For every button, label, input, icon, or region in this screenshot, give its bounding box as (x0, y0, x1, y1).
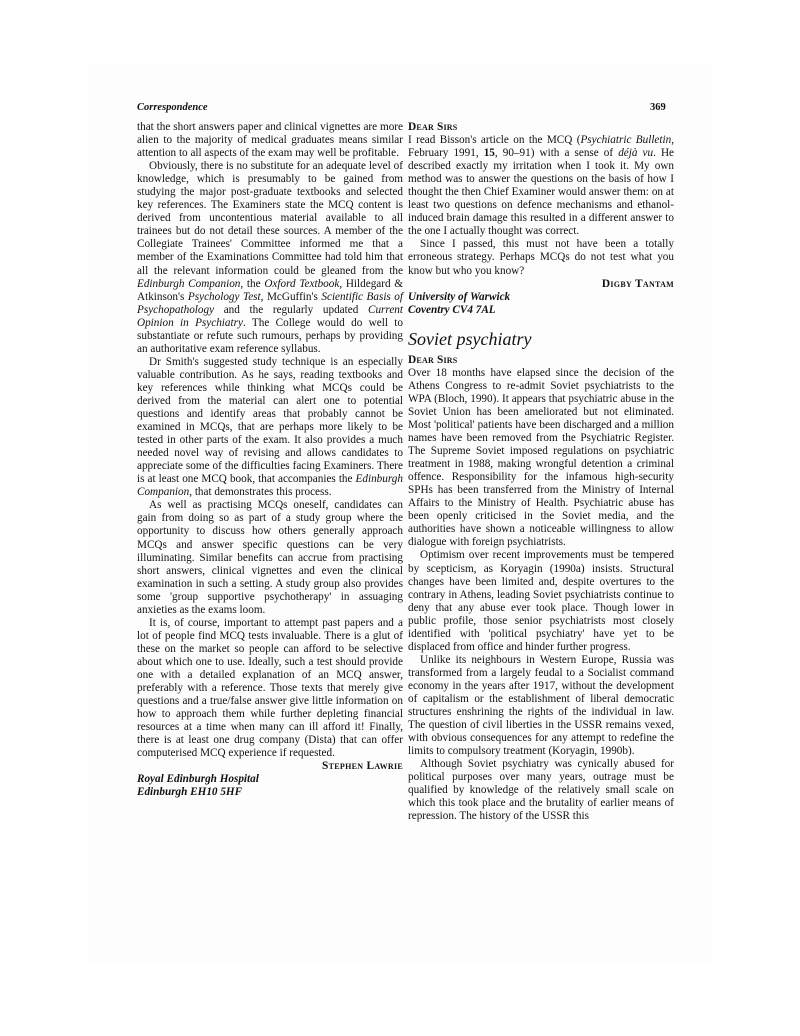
paragraph: As well as practising MCQs oneself, cand… (137, 499, 403, 616)
paragraph: Unlike its neighbours in Western Europe,… (408, 654, 674, 758)
paragraph: that the short answers paper and clinica… (137, 121, 403, 160)
author-signature: Digby Tantam (408, 278, 674, 291)
paragraph: Optimism over recent improvements must b… (408, 549, 674, 653)
foreign-phrase: déjà vu (618, 147, 653, 159)
author-signature: Stephen Lawrie (137, 760, 403, 773)
text-run: Dr Smith's suggested study technique is … (137, 356, 403, 485)
text-run: , the (240, 278, 264, 290)
paragraph: Dr Smith's suggested study technique is … (137, 356, 403, 500)
paragraph: Over 18 months have elapsed since the de… (408, 367, 674, 550)
author-affiliation: Royal Edinburgh Hospital (137, 773, 403, 786)
text-run: I read Bisson's article on the MCQ ( (408, 134, 580, 146)
paragraph: Since I passed, this must not have been … (408, 238, 674, 277)
paragraph: I read Bisson's article on the MCQ (Psyc… (408, 134, 674, 238)
author-address: Coventry CV4 7AL (408, 304, 674, 317)
paragraph: It is, of course, important to attempt p… (137, 617, 403, 761)
running-head: Correspondence (137, 102, 208, 113)
book-title: Oxford Textbook (264, 278, 339, 290)
author-affiliation: University of Warwick (408, 291, 674, 304)
page-number: 369 (650, 102, 666, 113)
book-title: Psychology Test (188, 291, 261, 303)
salutation: Dear Sirs (408, 354, 674, 367)
text-run: Obviously, there is no substitute for an… (137, 160, 403, 276)
text-run: , 90–91) with a sense of (495, 147, 618, 159)
text-run: , McGuffin's (261, 291, 322, 303)
text-run: and the regularly updated (214, 304, 368, 316)
text-run: . He described exactly my irritation whe… (408, 147, 674, 237)
text-run: , that demonstrates this process. (189, 486, 331, 498)
book-title: Edinburgh Companion (137, 278, 240, 290)
journal-title: Psychiatric Bulletin (580, 134, 671, 146)
left-column: that the short answers paper and clinica… (137, 121, 403, 799)
author-address: Edinburgh EH10 5HF (137, 786, 403, 799)
section-title: Soviet psychiatry (408, 333, 674, 346)
paragraph: Although Soviet psychiatry was cynically… (408, 758, 674, 823)
right-column: Dear Sirs I read Bisson's article on the… (408, 121, 674, 823)
volume-number: 15 (484, 147, 495, 159)
salutation: Dear Sirs (408, 121, 674, 134)
paragraph: Obviously, there is no substitute for an… (137, 160, 403, 356)
